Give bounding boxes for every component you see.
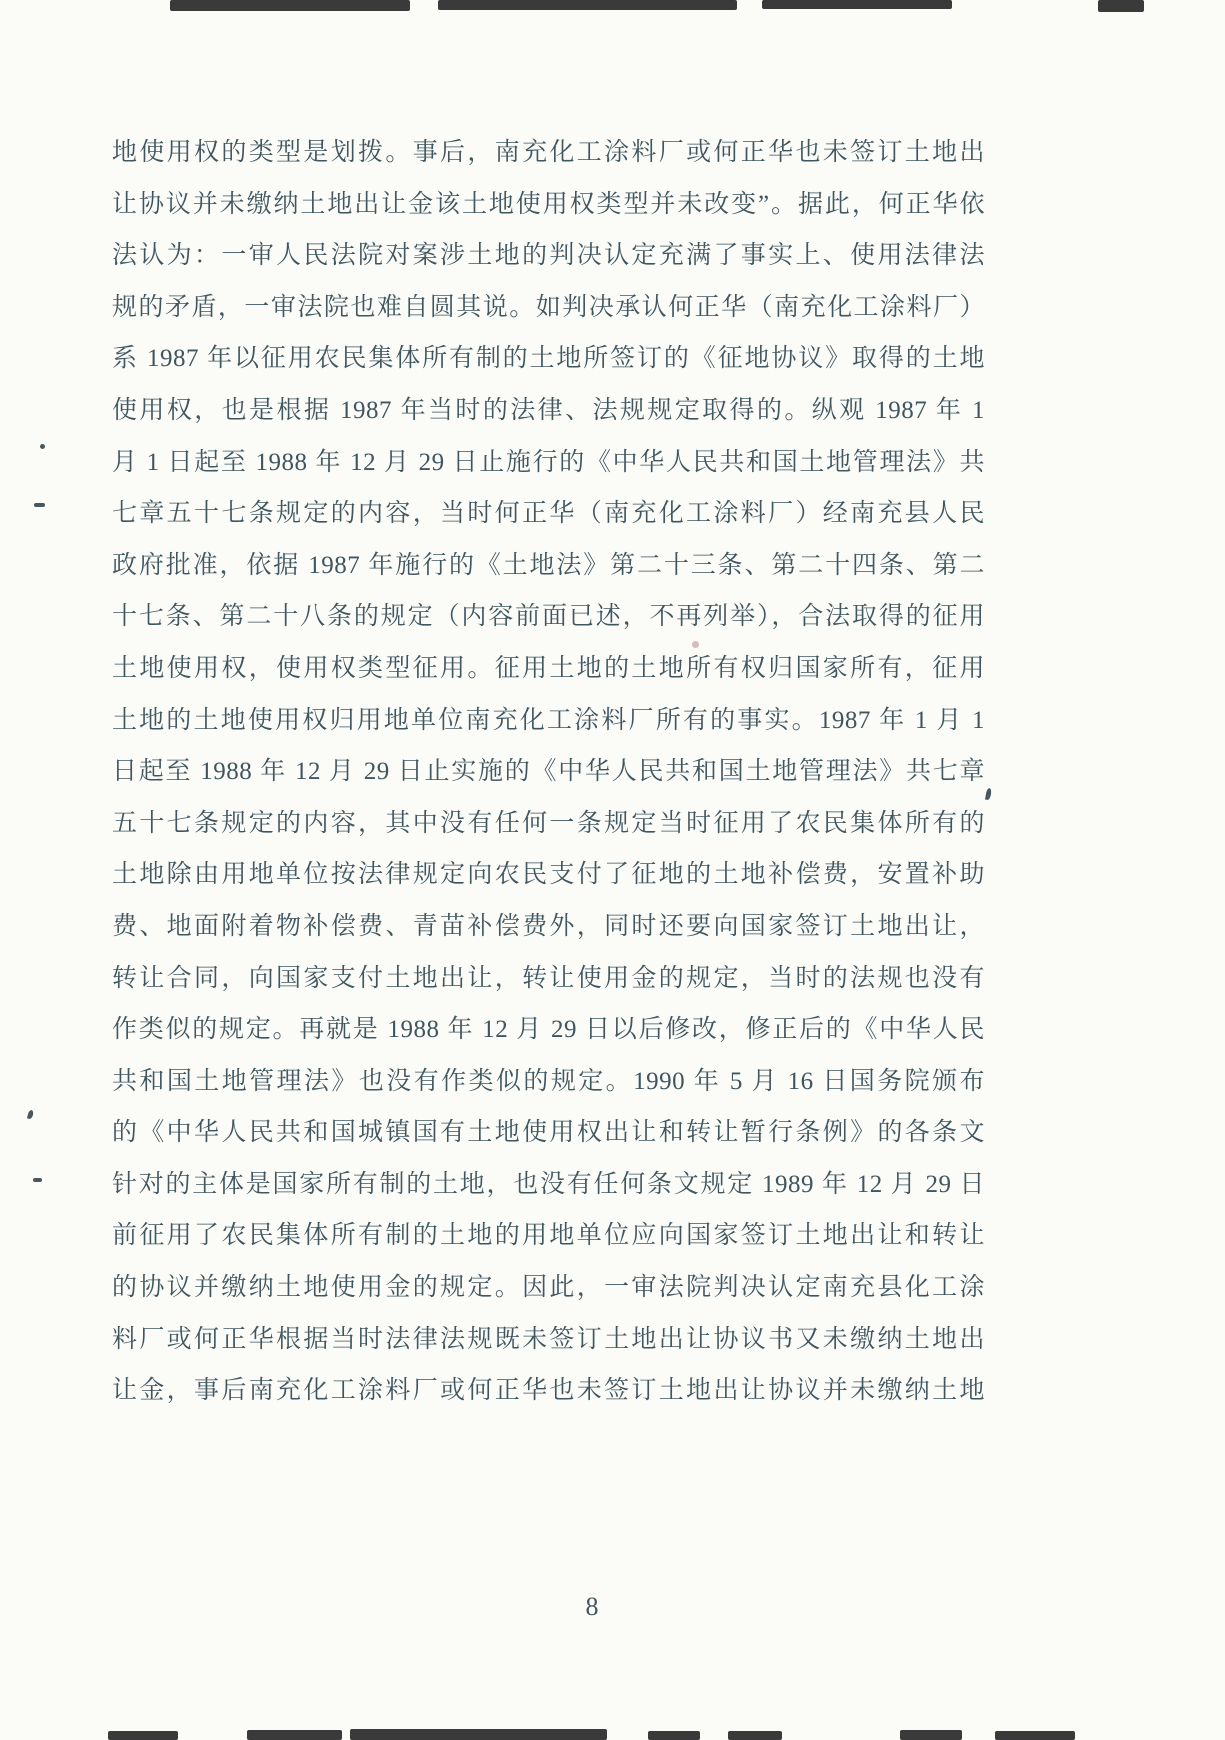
text-line: 七章五十七条规定的内容，当时何正华（南充化工涂料厂）经南充县人民: [112, 488, 985, 540]
scan-edge-artifact-bottom: [247, 1730, 342, 1740]
text-line: 使用权，也是根据 1987 年当时的法律、法规规定取得的。纵观 1987 年 1: [112, 385, 985, 437]
scan-edge-artifact-top: [438, 0, 737, 10]
text-line: 月 1 日起至 1988 年 12 月 29 日止施行的《中华人民共和国土地管理…: [112, 437, 985, 489]
text-line: 日起至 1988 年 12 月 29 日止实施的《中华人民共和国土地管理法》共七…: [112, 746, 985, 798]
margin-speck: [27, 1110, 34, 1120]
text-line: 规的矛盾，一审法院也难自圆其说。如判决承认何正华（南充化工涂料厂）: [112, 282, 985, 334]
margin-speck: [33, 1178, 42, 1182]
margin-speck: [40, 444, 45, 449]
scan-edge-artifact-bottom: [900, 1730, 962, 1740]
document-text: 地使用权的类型是划拨。事后，南充化工涂料厂或何正华也未签订土地出让协议并未缴纳土…: [112, 127, 985, 1417]
text-line: 土地除由用地单位按法律规定向农民支付了征地的土地补偿费，安置补助: [112, 849, 985, 901]
text-line: 的《中华人民共和国城镇国有土地使用权出让和转让暂行条例》的各条文: [112, 1107, 985, 1159]
text-line: 土地的土地使用权归用地单位南充化工涂料厂所有的事实。1987 年 1 月 1: [112, 695, 985, 747]
text-line: 十七条、第二十八条的规定（内容前面已述，不再列举），合法取得的征用: [112, 591, 985, 643]
text-line: 地使用权的类型是划拨。事后，南充化工涂料厂或何正华也未签订土地出: [112, 127, 985, 179]
text-line: 针对的主体是国家所有制的土地，也没有任何条文规定 1989 年 12 月 29 …: [112, 1159, 985, 1211]
text-line: 转让合同，向国家支付土地出让，转让使用金的规定，当时的法规也没有: [112, 953, 985, 1005]
text-line: 让协议并未缴纳土地出让金该土地使用权类型并未改变”。据此，何正华依: [112, 179, 985, 231]
scan-edge-artifact-top: [762, 0, 952, 9]
margin-speck: [34, 503, 45, 507]
text-line: 作类似的规定。再就是 1988 年 12 月 29 日以后修改，修正后的《中华人…: [112, 1004, 985, 1056]
text-line: 法认为：一审人民法院对案涉土地的判决认定充满了事实上、使用法律法: [112, 230, 985, 282]
margin-speck: [985, 788, 992, 801]
text-line: 料厂或何正华根据当时法律法规既未签订土地出让协议书又未缴纳土地出: [112, 1314, 985, 1366]
scan-edge-artifact-top: [1098, 0, 1144, 12]
scan-edge-artifact-bottom: [108, 1731, 178, 1740]
scanned-page: 地使用权的类型是划拨。事后，南充化工涂料厂或何正华也未签订土地出让协议并未缴纳土…: [0, 0, 1225, 1740]
scan-edge-artifact-top: [170, 0, 410, 11]
scan-edge-artifact-bottom: [995, 1731, 1075, 1740]
text-line: 让金，事后南充化工涂料厂或何正华也未签订土地出让协议并未缴纳土地: [112, 1365, 985, 1417]
text-line: 前征用了农民集体所有制的土地的用地单位应向国家签订土地出让和转让: [112, 1210, 985, 1262]
text-line: 土地使用权，使用权类型征用。征用土地的土地所有权归国家所有，征用: [112, 643, 985, 695]
text-line: 共和国土地管理法》也没有作类似的规定。1990 年 5 月 16 日国务院颁布: [112, 1056, 985, 1108]
text-line: 五十七条规定的内容，其中没有任何一条规定当时征用了农民集体所有的: [112, 798, 985, 850]
text-line: 的协议并缴纳土地使用金的规定。因此，一审法院判决认定南充县化工涂: [112, 1262, 985, 1314]
scan-edge-artifact-bottom: [350, 1729, 607, 1740]
text-line: 政府批准，依据 1987 年施行的《土地法》第二十三条、第二十四条、第二: [112, 540, 985, 592]
text-line: 费、地面附着物补偿费、青苗补偿费外，同时还要向国家签订土地出让，: [112, 901, 985, 953]
scan-edge-artifact-bottom: [728, 1731, 782, 1740]
scan-edge-artifact-bottom: [648, 1731, 700, 1740]
text-line: 系 1987 年以征用农民集体所有制的土地所签订的《征地协议》取得的土地: [112, 333, 985, 385]
page-number: 8: [0, 1592, 1184, 1622]
